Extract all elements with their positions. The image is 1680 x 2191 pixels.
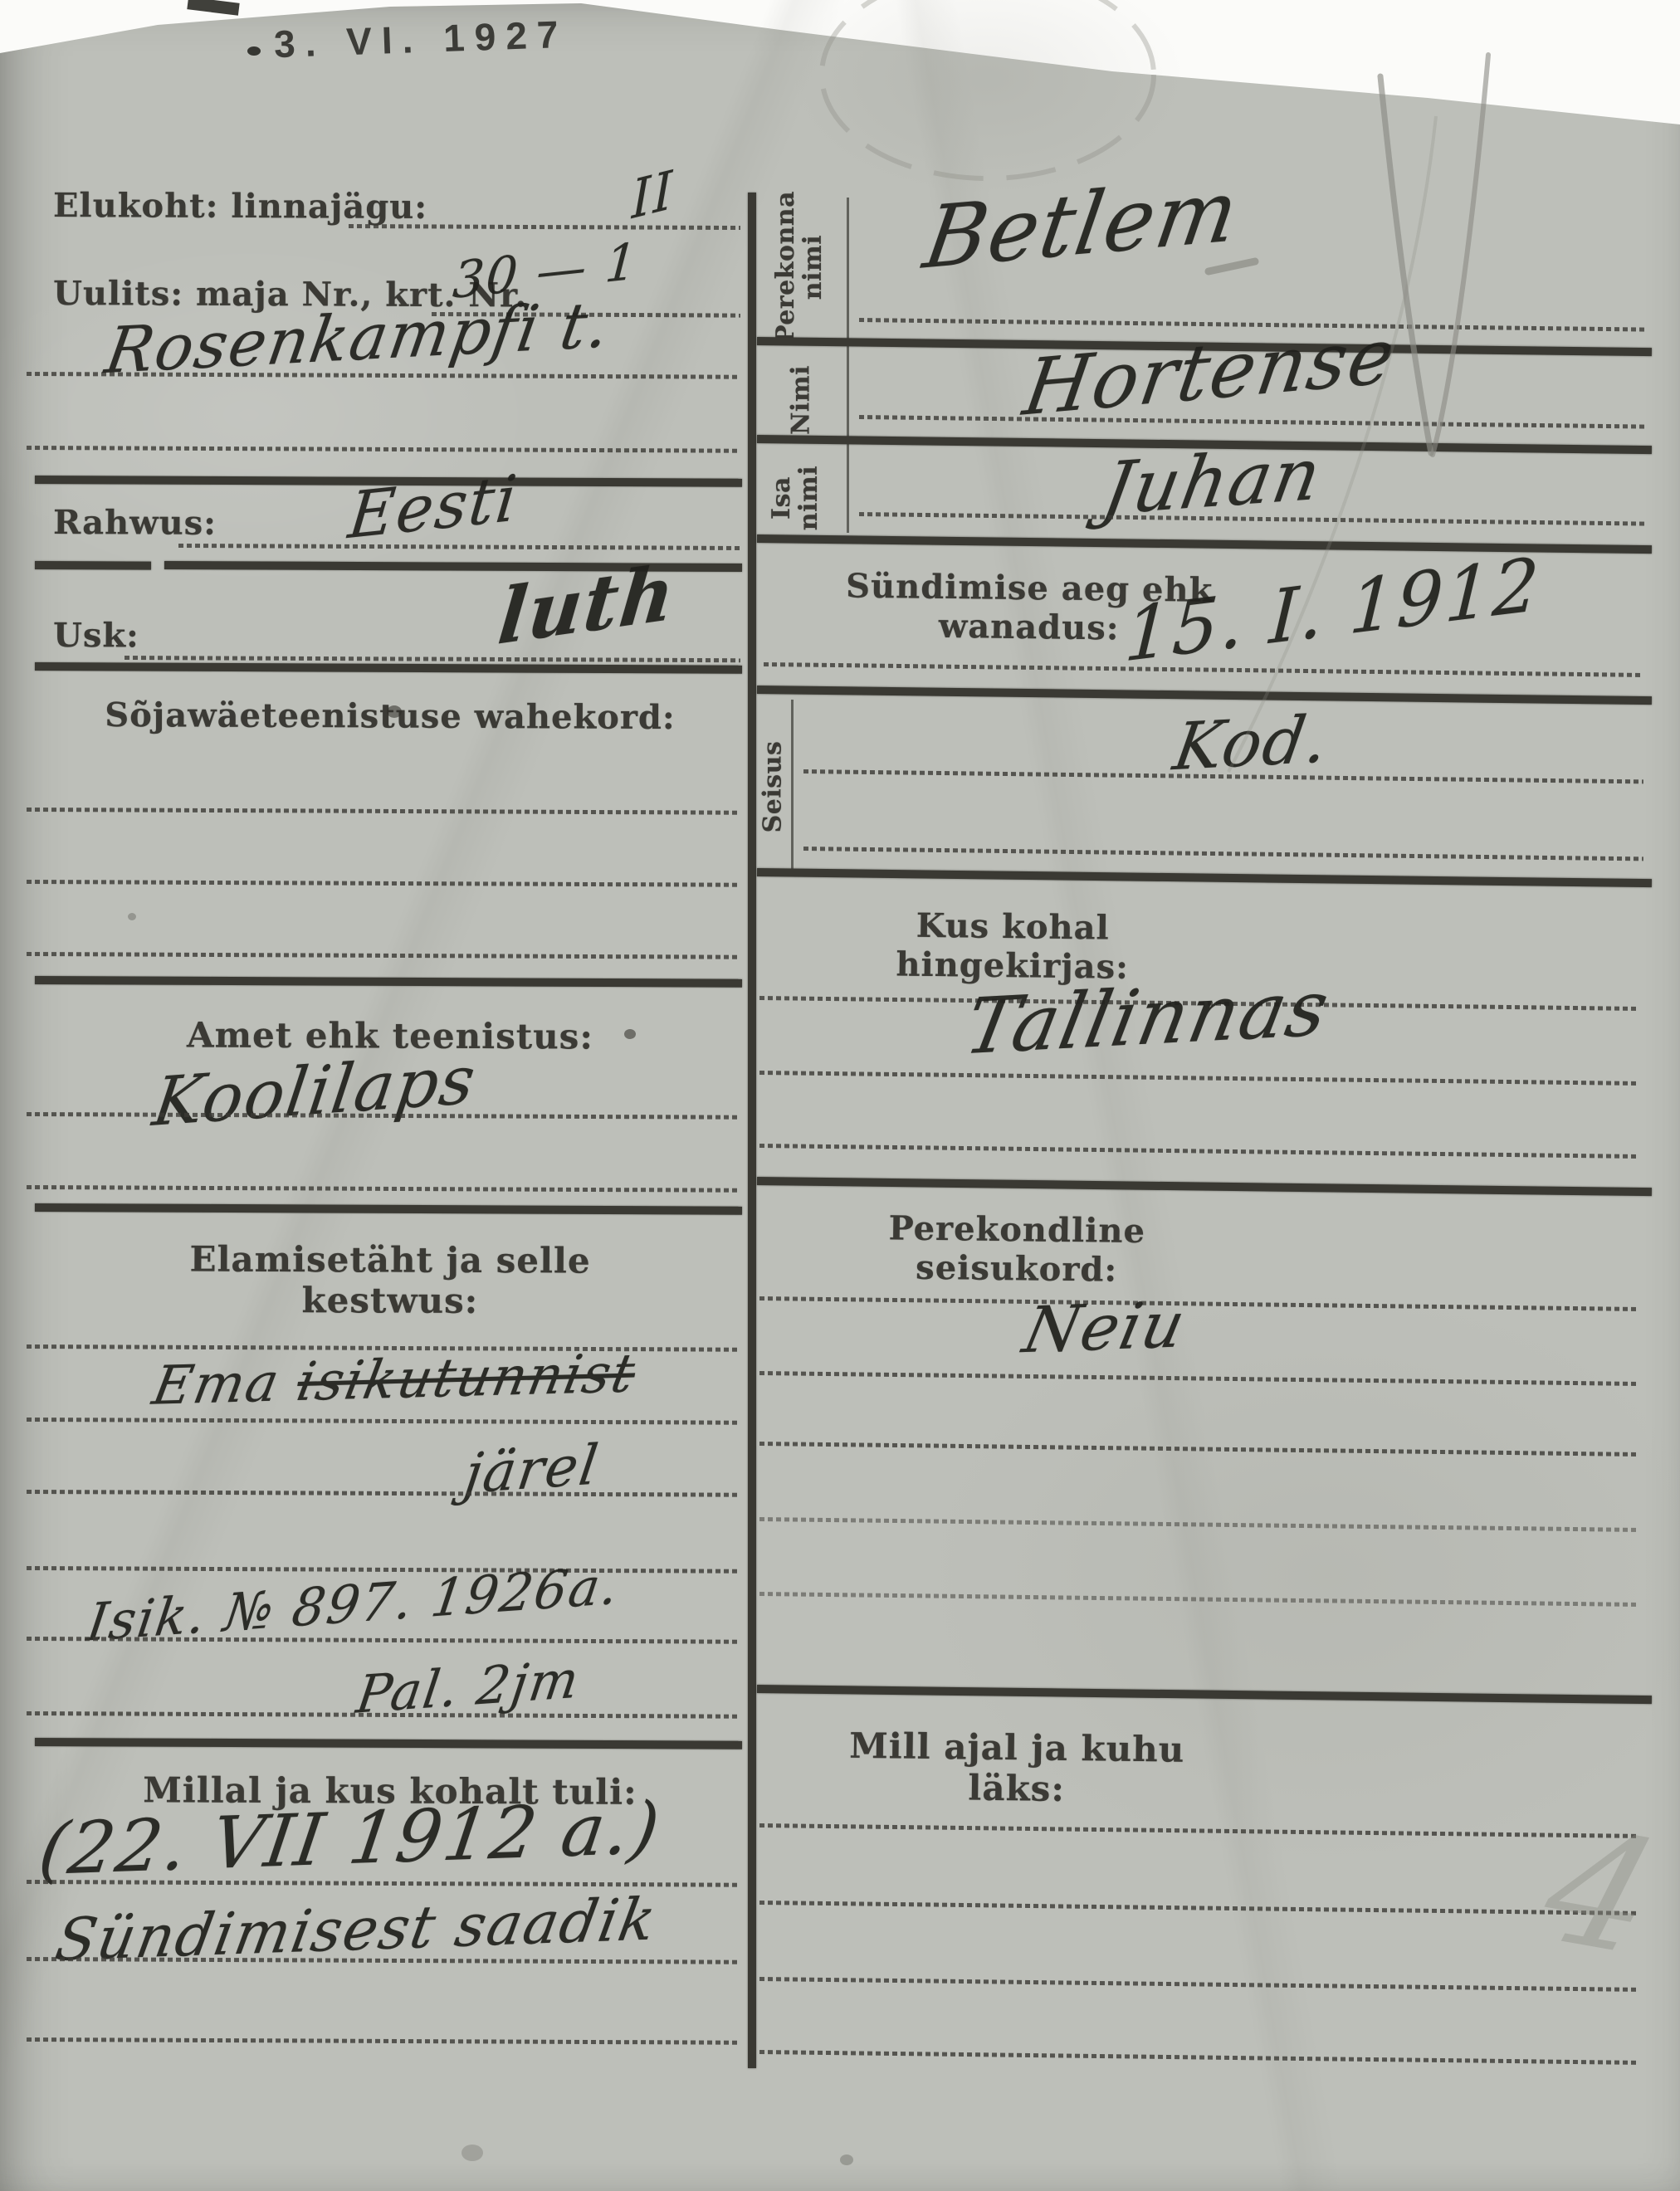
field-label-laks: Mill ajal ja kuhu läks: <box>796 1725 1237 1811</box>
field-label-perekondline: Perekondline seisukord: <box>796 1208 1237 1291</box>
ink-blot <box>462 2145 483 2161</box>
field-label-usk: Usk: <box>53 616 139 655</box>
field-label-elukoht: Elukoht: linnajägu: <box>53 186 427 227</box>
field-label-isa-nimi: Isa nimi <box>768 452 823 544</box>
column-divider <box>748 193 756 2068</box>
gutter-line <box>791 700 794 873</box>
field-label-perekonna-nimi: Perekonna nimi <box>772 184 827 350</box>
elamisetaht-value-a: Ema <box>148 1352 304 1418</box>
elamisetaht-value-struck: isikutunnist <box>292 1343 641 1413</box>
perekondline-value-handwriting: Neiu <box>1017 1287 1193 1367</box>
seisus-value-handwriting: Kod. <box>1169 702 1335 786</box>
ink-blot <box>840 2154 853 2165</box>
section-rule <box>35 561 151 570</box>
torn-edge-mark <box>187 0 239 16</box>
ink-blot <box>624 1029 636 1039</box>
field-label-elamisetaht: Elamisetäht ja selle kestwus: <box>100 1238 681 1322</box>
ink-blot <box>128 913 136 920</box>
gutter-line <box>847 198 849 533</box>
field-label-seisus: Seisus <box>759 695 787 878</box>
field-label-rahwus: Rahwus: <box>53 503 217 543</box>
field-label-nimi: Nimi <box>788 334 815 466</box>
elukoht-value-handwriting: II <box>632 158 674 231</box>
elamisetaht-value-line1: Ema isikutunnist <box>148 1343 641 1418</box>
ink-blot <box>387 705 402 718</box>
ink-dot <box>247 46 261 56</box>
